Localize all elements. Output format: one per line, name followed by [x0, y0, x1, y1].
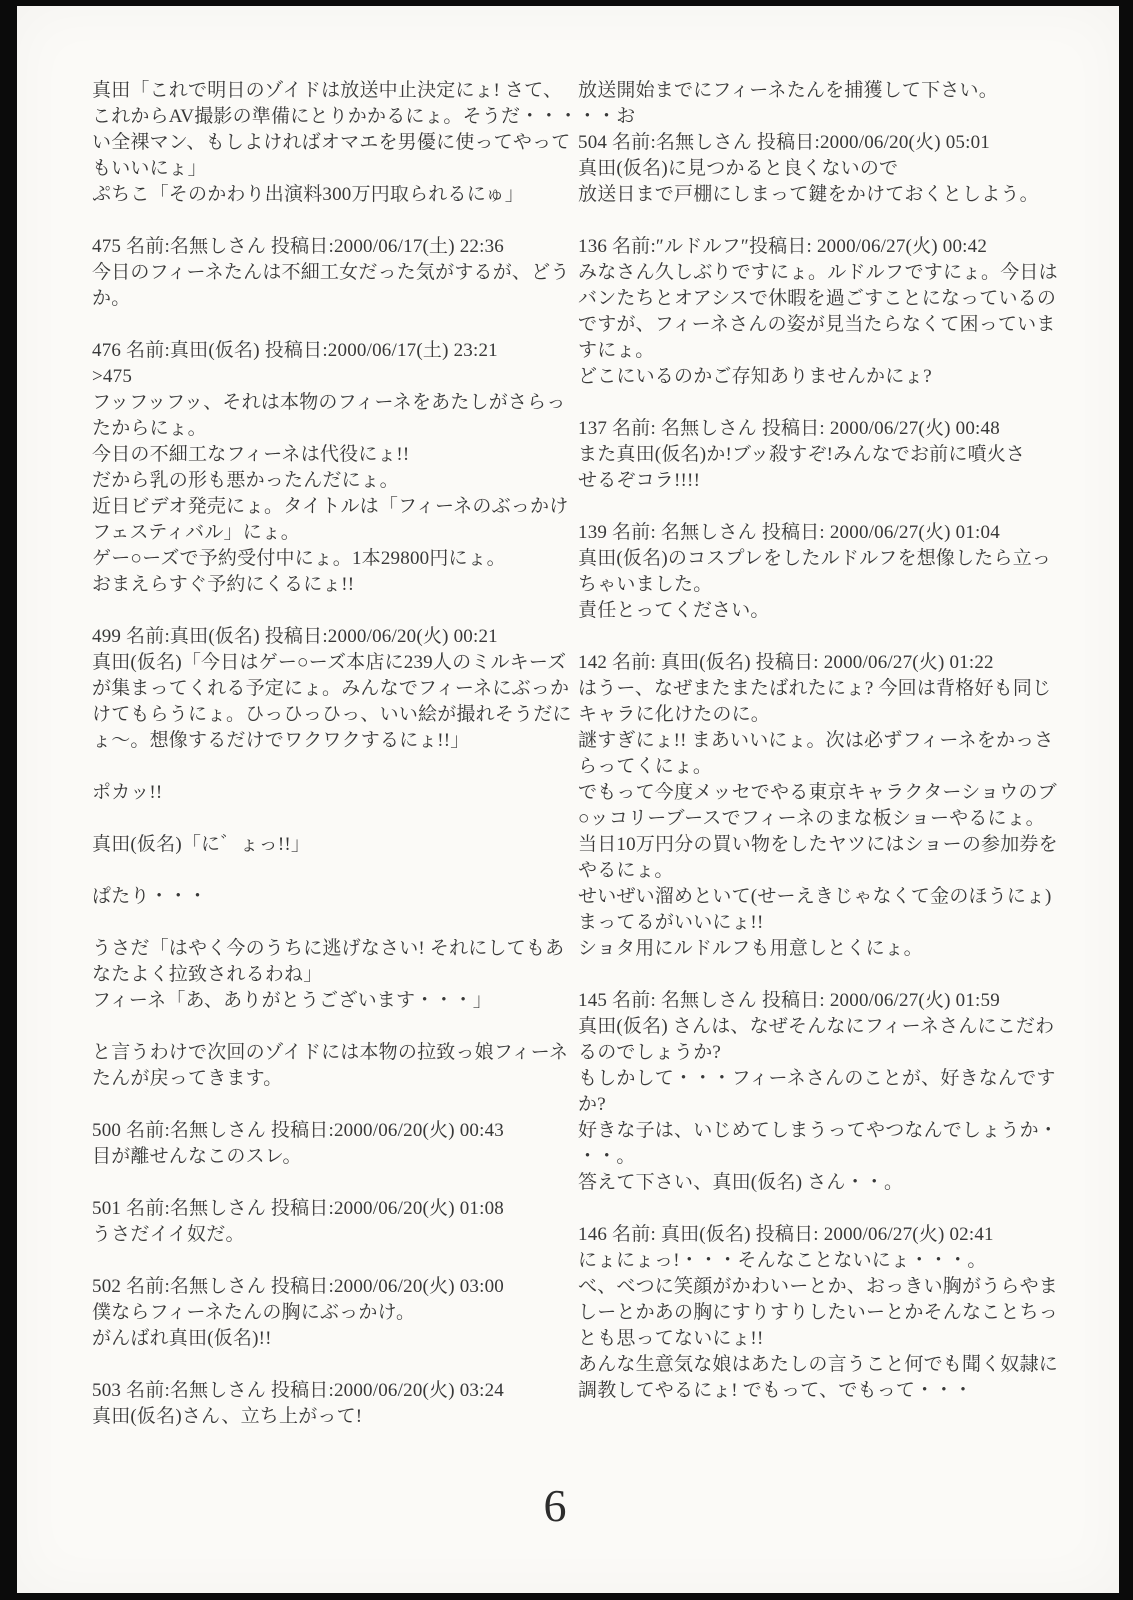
bbs-post-146: 146 名前: 真田(仮名) 投稿日: 2000/06/27(火) 02:41 … [578, 1222, 1048, 1404]
scanned-doujin-page: { "page": { "number": "6" }, "colors": {… [0, 0, 1133, 1600]
narration-block: ポカッ!! [92, 780, 558, 806]
page-number: 6 [505, 1476, 605, 1536]
bbs-post-503: 503 名前:名無しさん 投稿日:2000/06/20(火) 03:24 真田(… [92, 1378, 558, 1430]
right-column: 放送開始までにフィーネたんを捕獲して下さい。 504 名前:名無しさん 投稿日:… [578, 78, 1048, 1404]
narration-block: と言うわけで次回のゾイドには本物の拉致っ娘フィーネ たんが戻ってきます。 [92, 1040, 558, 1092]
bbs-post-502: 502 名前:名無しさん 投稿日:2000/06/20(火) 03:00 僕なら… [92, 1274, 558, 1352]
narration-block: 真田「これで明日のゾイドは放送中止決定にょ! さて、 これからAV撮影の準備にと… [92, 78, 558, 208]
bbs-post-501: 501 名前:名無しさん 投稿日:2000/06/20(火) 01:08 うさだ… [92, 1196, 558, 1248]
left-column: 真田「これで明日のゾイドは放送中止決定にょ! さて、 これからAV撮影の準備にと… [92, 78, 558, 1430]
bbs-post-137: 137 名前: 名無しさん 投稿日: 2000/06/27(火) 00:48 ま… [578, 416, 1048, 494]
narration-block: うさだ「はやく今のうちに逃げなさい! それにしてもあ なたよく拉致されるわね」 … [92, 936, 558, 1014]
bbs-post-504: 504 名前:名無しさん 投稿日:2000/06/20(火) 05:01 真田(… [578, 130, 1048, 208]
bbs-post-136: 136 名前:″ルドルフ″投稿日: 2000/06/27(火) 00:42 みな… [578, 234, 1048, 390]
bbs-post-142: 142 名前: 真田(仮名) 投稿日: 2000/06/27(火) 01:22 … [578, 650, 1048, 962]
narration-block: 真田(仮名)「に゛ょっ!!」 [92, 832, 558, 858]
bbs-post-145: 145 名前: 名無しさん 投稿日: 2000/06/27(火) 01:59 真… [578, 988, 1048, 1196]
bbs-post-475: 475 名前:名無しさん 投稿日:2000/06/17(土) 22:36 今日の… [92, 234, 558, 312]
bbs-post-500: 500 名前:名無しさん 投稿日:2000/06/20(火) 00:43 目が離… [92, 1118, 558, 1170]
bbs-post-476: 476 名前:真田(仮名) 投稿日:2000/06/17(土) 23:21 >4… [92, 338, 558, 598]
narration-block: 放送開始までにフィーネたんを捕獲して下さい。 [578, 78, 1048, 104]
bbs-post-499: 499 名前:真田(仮名) 投稿日:2000/06/20(火) 00:21 真田… [92, 624, 558, 754]
narration-block: ぱたり・・・ [92, 884, 558, 910]
bbs-post-139: 139 名前: 名無しさん 投稿日: 2000/06/27(火) 01:04 真… [578, 520, 1048, 624]
